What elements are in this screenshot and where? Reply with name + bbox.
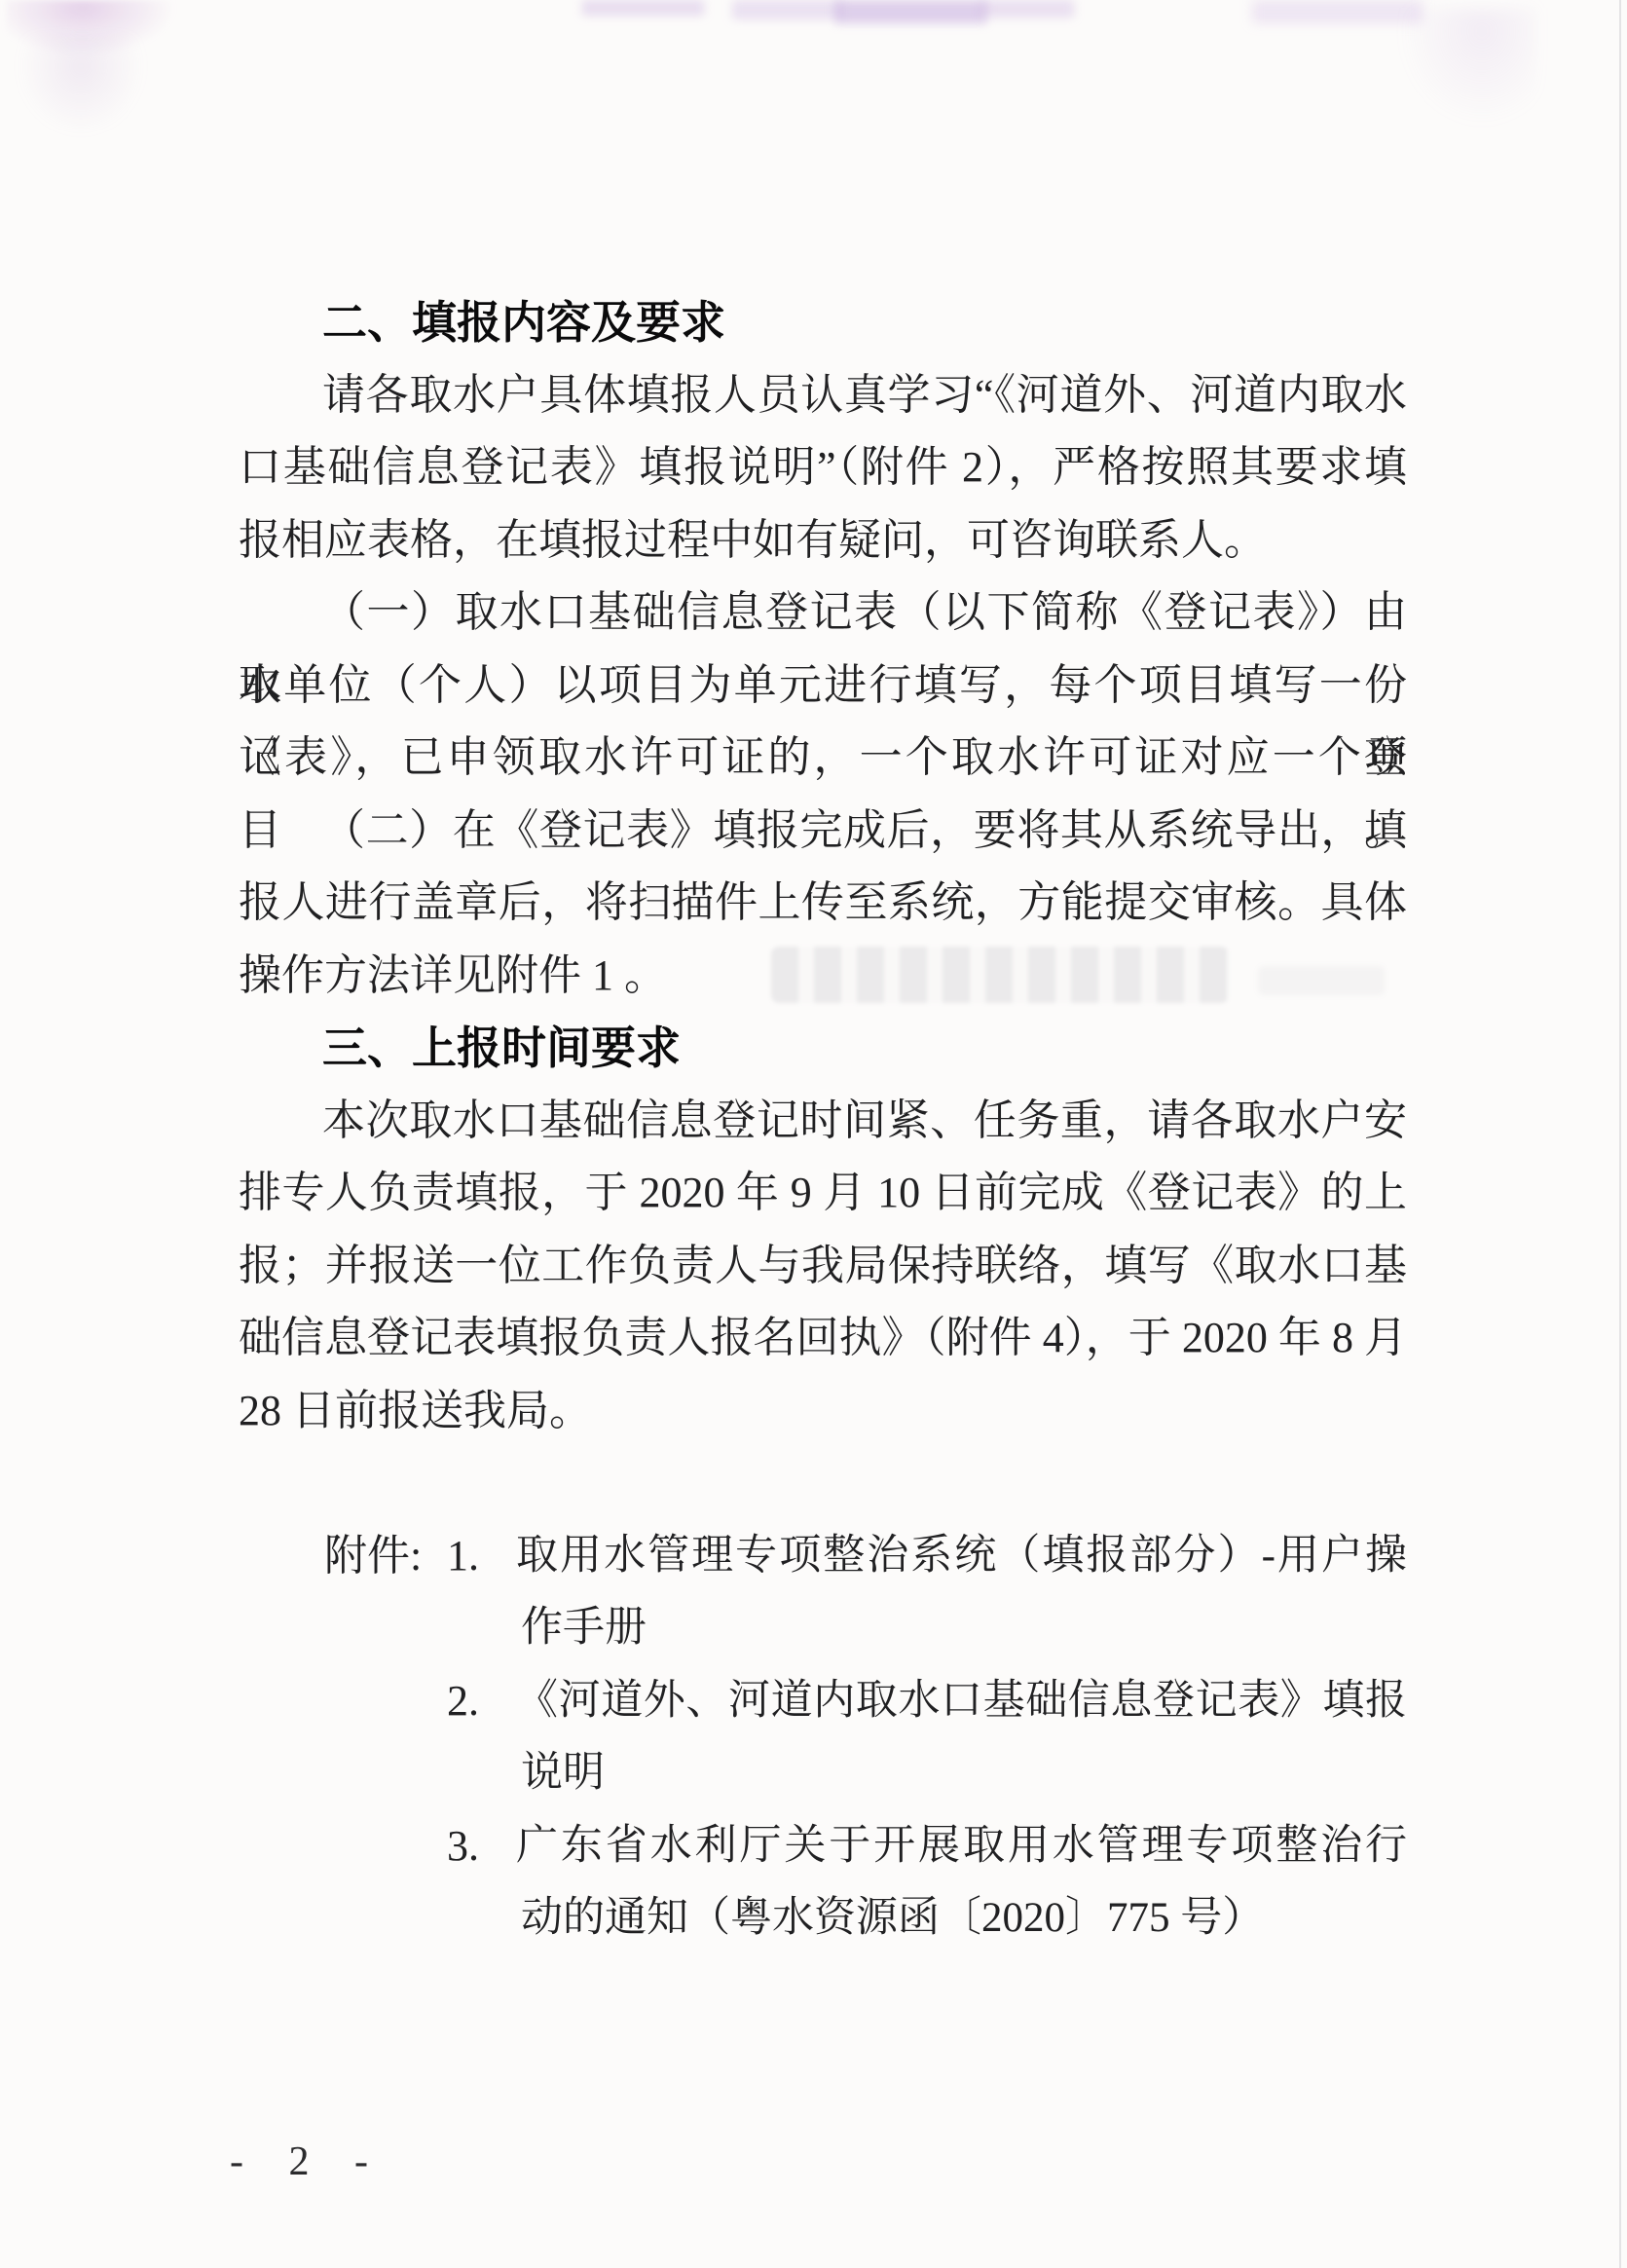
paragraph-line: 排专人负责填报，于 2020 年 9 月 10 日前完成《登记表》的上 [239,1157,1407,1230]
paragraph-line: 操作方法详见附件 1 。 [239,940,1407,1013]
scan-bleed-smudge-top [835,0,986,23]
attachment-title-line: 取用水管理专项整治系统（填报部分）-用户操 [516,1520,1407,1593]
scan-bleed-smudge-top-right [1400,8,1536,125]
scan-page-edge-line [1619,0,1621,2268]
paragraph-line: 本次取水口基础信息登记时间紧、任务重，请各取水户安 [239,1085,1407,1158]
attachment-item: 2. 《河道外、河道内取水口基础信息登记表》填报 [239,1665,1407,1738]
scan-bleed-smudge-top [981,0,1074,18]
page-number: - 2 - [230,2138,383,2185]
attachment-number: 3. [447,1810,479,1883]
attachment-title-continuation: 作手册 [239,1592,1407,1665]
paragraph-line: 报人进行盖章后，将扫描件上传至系统，方能提交审核。具体 [239,867,1407,940]
scanned-document-page: 二、填报内容及要求 请各取水户具体填报人员认真学习“《河道外、河道内取水 口基础… [0,0,1627,2268]
attachment-title-line: 《河道外、河道内取水口基础信息登记表》填报 [516,1665,1407,1738]
section-heading-3: 三、上报时间要求 [239,1012,1407,1085]
attachment-number: 2. [447,1665,479,1738]
scan-bleed-smudge-top [732,0,841,19]
paragraph-line: 请各取水户具体填报人员认真学习“《河道外、河道内取水 [239,359,1407,432]
attachments-label: 附件: [324,1520,422,1593]
scan-bleed-smudge-top-left-2 [18,37,144,134]
scan-bleed-smudge-top [582,0,704,16]
attachment-item: 附件: 1. 取用水管理专项整治系统（填报部分）-用户操 [239,1520,1407,1593]
paragraph-line: 记表》，已申领取水许可证的，一个取水许可证对应一个项目。 [239,722,1407,795]
paragraph-line: 报相应表格，在填报过程中如有疑问，可咨询联系人。 [239,504,1407,577]
attachment-title-continuation: 动的通知（粤水资源函〔2020〕775 号） [239,1882,1407,1955]
attachment-title-continuation: 说明 [239,1737,1407,1810]
blank-line [239,1447,1407,1520]
paragraph-line: 口基础信息登记表》填报说明”（附件 2），严格按照其要求填 [239,431,1407,504]
paragraph-line: 28 日前报送我局。 [239,1375,1407,1448]
paragraph-line: （一）取水口基础信息登记表（以下简称《登记表》）由取 [239,576,1407,650]
scan-bleed-smudge-top [1252,0,1423,23]
attachment-item: 3. 广东省水利厅关于开展取用水管理专项整治行 [239,1810,1407,1883]
attachment-number: 1. [447,1520,479,1593]
section-heading-2: 二、填报内容及要求 [239,286,1407,359]
document-body: 二、填报内容及要求 请各取水户具体填报人员认真学习“《河道外、河道内取水 口基础… [239,286,1407,1955]
paragraph-line: 报；并报送一位工作负责人与我局保持联络，填写《取水口基 [239,1230,1407,1303]
scan-bleed-smudge-top-left [6,0,176,56]
paragraph-line: 水单位（个人）以项目为单元进行填写，每个项目填写一份《登 [239,650,1407,723]
attachment-title-line: 广东省水利厅关于开展取用水管理专项整治行 [516,1810,1407,1883]
paragraph-line: 础信息登记表填报负责人报名回执》（附件 4），于 2020 年 8 月 [239,1302,1407,1375]
paragraph-line: （二）在《登记表》填报完成后，要将其从系统导出，填 [239,795,1407,868]
